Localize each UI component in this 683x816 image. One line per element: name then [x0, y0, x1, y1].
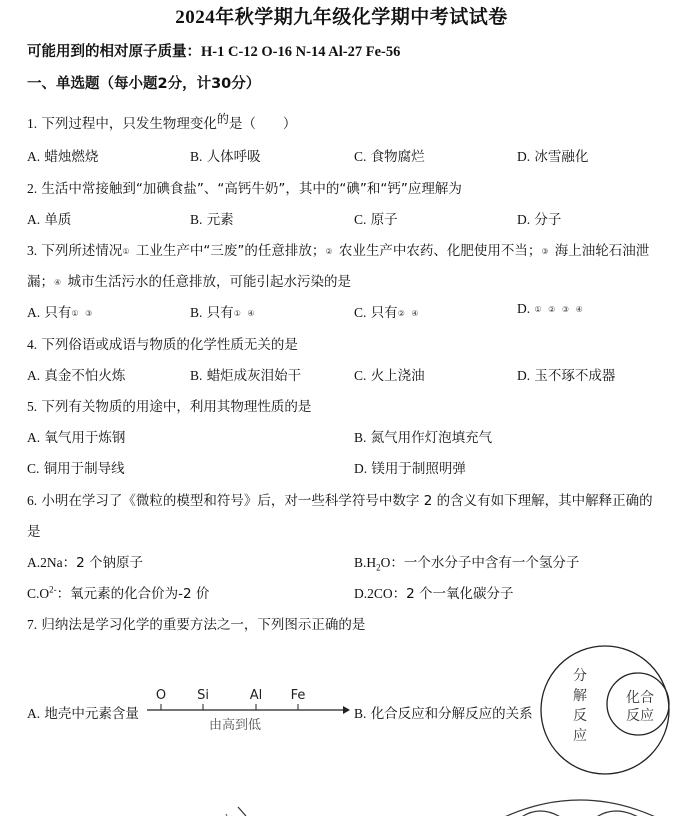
question-6-option-a[interactable]: A.2Na：2 个钠原子: [27, 551, 143, 571]
question-6-option-c[interactable]: C.O2-：氧元素的化合价为-2 价: [27, 582, 209, 602]
question-7-option-b[interactable]: B. 化合反应和分解反应的关系: [354, 702, 533, 722]
svg-text:应: 应: [573, 728, 587, 744]
question-2-option-d[interactable]: D. 分子: [517, 208, 561, 228]
question-1-option-b[interactable]: B. 人体呼吸: [190, 145, 261, 165]
svg-text:解: 解: [573, 688, 587, 704]
question-6-option-b[interactable]: B.H2O：一个水分子中含有一个氢分子: [354, 551, 579, 573]
axis-caption: 由高到低: [209, 717, 261, 733]
question-4-option-b[interactable]: B. 蜡炬成灰泪始干: [190, 364, 301, 384]
question-4-stem: 4. 下列俗语或成语与物质的化学性质无关的是: [27, 333, 298, 353]
question-1-option-c[interactable]: C. 食物腐烂: [354, 145, 425, 165]
question-2-option-c[interactable]: C. 原子: [354, 208, 398, 228]
question-1-option-d[interactable]: D. 冰雪融化: [517, 145, 588, 165]
svg-text:分: 分: [573, 668, 587, 684]
question-6-stem-line1: 6. 小明在学习了《微粒的模型和符号》后，对一些科学符号中数字 2 的含义有如下…: [27, 489, 653, 509]
question-6-stem-line2: 是: [27, 520, 41, 540]
question-4-option-d[interactable]: D. 玉不琢不成器: [517, 364, 615, 384]
question-2-stem: 2. 生活中常接触到“加碘食盐”、“高钙牛奶”，其中的“碘”和“钙”应理解为: [27, 177, 462, 197]
exam-title: 2024年秋学期九年级化学期中考试试卷: [0, 2, 683, 29]
question-5-option-d[interactable]: D. 镁用于制照明弹: [354, 457, 466, 477]
question-3-stem-line2: 漏；④ 城市生活污水的任意排放，可能引起水污染的是: [27, 270, 351, 290]
question-3-stem-line1: 3. 下列所述情况① 工业生产中“三废”的任意排放；② 农业生产中农药、化肥使用…: [27, 239, 649, 259]
partial-diagram-c: [180, 790, 280, 816]
partial-diagram-d: [490, 790, 683, 816]
question-6-option-d[interactable]: D.2CO：2 个一氧化碳分子: [354, 582, 514, 602]
axis-label-o: O: [156, 688, 166, 703]
reaction-relationship-diagram: 分 解 反 应 化合 反应: [538, 642, 678, 780]
question-3-option-c[interactable]: C. 只有② ④: [354, 301, 421, 321]
question-7-option-a[interactable]: A. 地壳中元素含量: [27, 702, 139, 722]
atomic-mass-line: 可能用到的相对原子质量：H-1 C-12 O-16 N-14 Al-27 Fe-…: [27, 40, 400, 61]
question-3-option-d[interactable]: D. ① ② ③ ④: [517, 301, 585, 317]
question-3-option-b[interactable]: B. 只有① ④: [190, 301, 257, 321]
axis-label-si: Si: [197, 688, 209, 703]
question-5-option-b[interactable]: B. 氮气用作灯泡填充气: [354, 426, 492, 446]
axis-label-fe: Fe: [291, 688, 306, 703]
question-4-option-c[interactable]: C. 火上浇油: [354, 364, 425, 384]
question-2-option-b[interactable]: B. 元素: [190, 208, 234, 228]
section-title: 一、单选题（每小题2分，计30分）: [27, 72, 260, 93]
svg-text:反应: 反应: [626, 708, 654, 724]
question-3-option-a[interactable]: A. 只有① ③: [27, 301, 94, 321]
svg-text:反: 反: [573, 708, 587, 724]
question-4-option-a[interactable]: A. 真金不怕火炼: [27, 364, 125, 384]
svg-text:化合: 化合: [626, 690, 654, 706]
crust-element-abundance-axis: O Si Al Fe 由高到低: [145, 680, 350, 740]
question-5-option-a[interactable]: A. 氧气用于炼钢: [27, 426, 125, 446]
question-2-option-a[interactable]: A. 单质: [27, 208, 71, 228]
axis-label-al: Al: [250, 688, 263, 703]
question-1-stem: 1. 下列过程中，只发生物理变化的是（ ）: [27, 110, 296, 132]
atomic-mass-values: H-1 C-12 O-16 N-14 Al-27 Fe-56: [201, 44, 400, 60]
question-5-option-c[interactable]: C. 铜用于制导线: [27, 457, 125, 477]
question-7-stem: 7. 归纳法是学习化学的重要方法之一，下列图示正确的是: [27, 613, 365, 633]
atomic-mass-label: 可能用到的相对原子质量：: [27, 44, 201, 60]
question-1-option-a[interactable]: A. 蜡烛燃烧: [27, 145, 98, 165]
question-5-stem: 5. 下列有关物质的用途中，利用其物理性质的是: [27, 395, 311, 415]
